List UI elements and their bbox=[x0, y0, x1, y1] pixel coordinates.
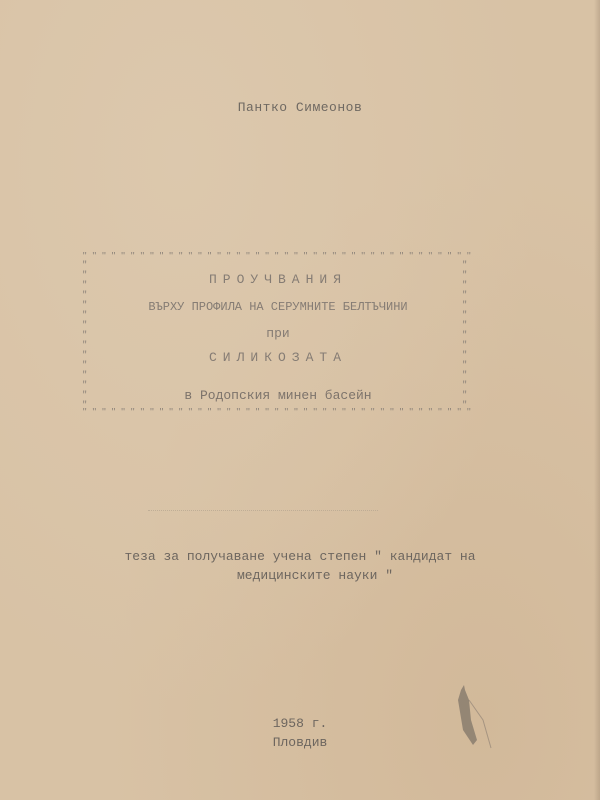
title-line-3: при bbox=[82, 326, 474, 341]
frame-border-bottom: " " " " " " " " " " " " " " " " " " " " … bbox=[82, 408, 474, 416]
city: Пловдив bbox=[0, 735, 600, 750]
title-line-5: в Родопския минен басейн bbox=[82, 388, 474, 403]
ink-smudge-icon bbox=[455, 660, 495, 750]
page-edge-shadow bbox=[594, 0, 600, 800]
title-frame: " " " " " " " " " " " " " " " " " " " " … bbox=[82, 252, 474, 416]
thesis-line-1: теза за получаване учена степен " кандид… bbox=[0, 549, 600, 564]
title-line-4: СИЛИКОЗАТА bbox=[82, 350, 474, 365]
thesis-line-2: медицинските науки " bbox=[0, 568, 600, 583]
faded-offset-text bbox=[148, 510, 378, 515]
scanned-page: Пантко Симеонов " " " " " " " " " " " " … bbox=[0, 0, 600, 800]
author-name: Пантко Симеонов bbox=[0, 100, 600, 115]
title-line-1: ПРОУЧВАНИЯ bbox=[82, 272, 474, 287]
frame-border-top: " " " " " " " " " " " " " " " " " " " " … bbox=[82, 252, 474, 260]
year: 1958 г. bbox=[0, 716, 600, 731]
title-line-2: ВЪРХУ ПРОФИЛА НА СЕРУМНИТЕ БЕЛТЪЧИНИ bbox=[82, 300, 474, 314]
